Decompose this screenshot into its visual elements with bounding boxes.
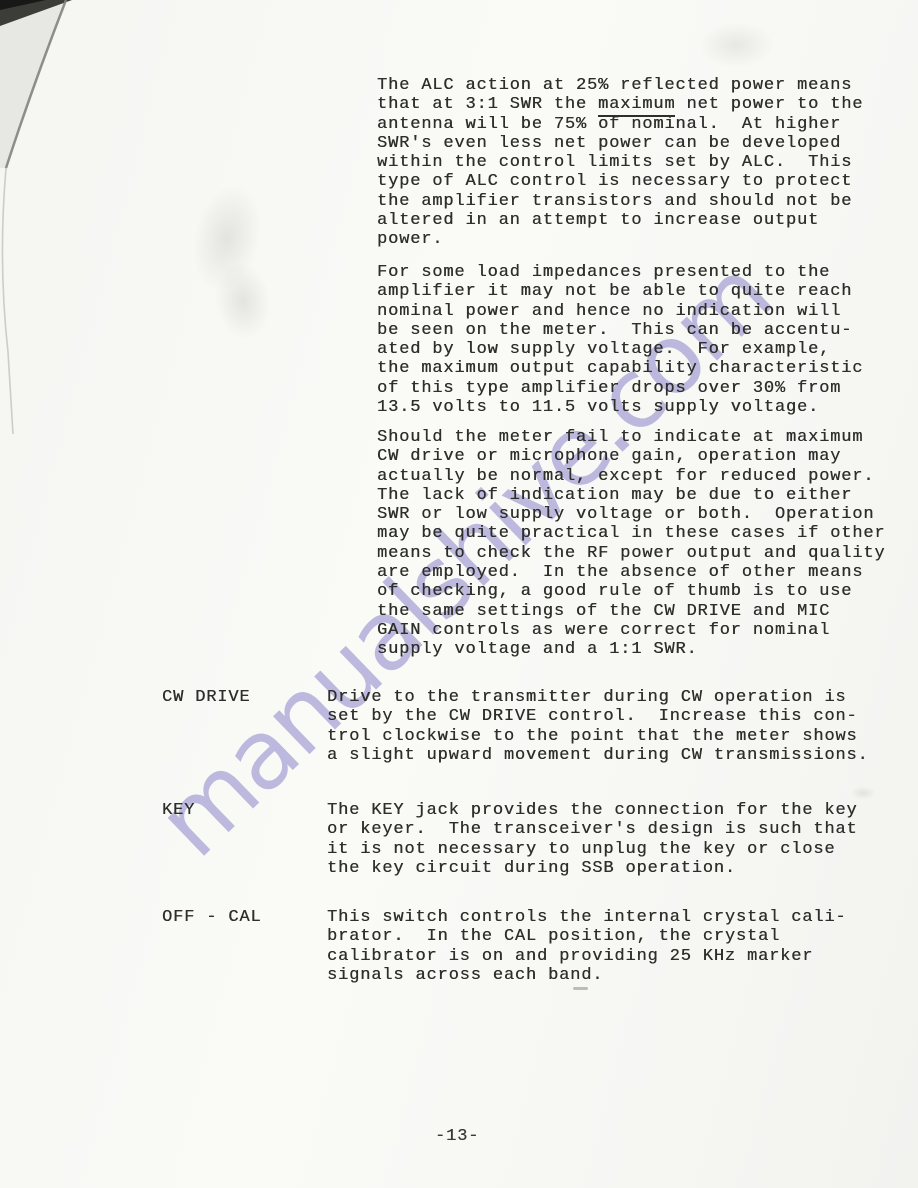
text-line: SWR or low supply voltage or both. Opera…	[377, 505, 885, 524]
underlined-text: maximum	[598, 95, 675, 117]
text-line: Should the meter fail to indicate at max…	[377, 428, 885, 447]
text-line: The KEY jack provides the connection for…	[327, 801, 857, 820]
text-line: within the control limits set by ALC. Th…	[377, 153, 863, 172]
text-line: ated by low supply voltage. For example,	[377, 340, 863, 359]
text-line: power.	[377, 230, 863, 249]
text-line: of this type amplifier drops over 30% fr…	[377, 379, 863, 398]
scanned-manual-page: manualshive.com The ALC action at 25% re…	[0, 0, 918, 1188]
text-line: the same settings of the CW DRIVE and MI…	[377, 602, 885, 621]
text-line: For some load impedances presented to th…	[377, 263, 863, 282]
text-line: amplifier it may not be able to quite re…	[377, 282, 863, 301]
text-line: CW drive or microphone gain, operation m…	[377, 447, 885, 466]
text-line: calibrator is on and providing 25 KHz ma…	[327, 947, 846, 966]
text-line: GAIN controls as were correct for nomina…	[377, 621, 885, 640]
text-line: the maximum output capability characteri…	[377, 359, 863, 378]
text-line: trol clockwise to the point that the met…	[327, 727, 869, 746]
text-line: it is not necessary to unplug the key or…	[327, 840, 857, 859]
scan-corner-artifact	[0, 0, 130, 470]
scan-smudge	[698, 22, 774, 68]
text-line: The lack of indication may be due to eit…	[377, 486, 885, 505]
section-label: CW DRIVE	[162, 688, 250, 707]
paragraph-alc-action: The ALC action at 25% reflected power me…	[377, 76, 863, 250]
text-line: are employed. In the absence of other me…	[377, 563, 885, 582]
text-line: that at 3:1 SWR the maximum net power to…	[377, 95, 863, 114]
text-line: 13.5 volts to 11.5 volts supply voltage.	[377, 398, 863, 417]
paragraph-meter-indication: Should the meter fail to indicate at max…	[377, 428, 885, 660]
text-line: a slight upward movement during CW trans…	[327, 746, 869, 765]
text-line: the amplifier transistors and should not…	[377, 192, 863, 211]
scan-smudge	[850, 786, 876, 800]
text-line: nominal power and hence no indication wi…	[377, 302, 863, 321]
page-number: -13-	[435, 1127, 479, 1146]
text-line: may be quite practical in these cases if…	[377, 524, 885, 543]
text-line: actually be normal, except for reduced p…	[377, 467, 885, 486]
text-line: set by the CW DRIVE control. Increase th…	[327, 707, 869, 726]
text-line: signals across each band.	[327, 966, 846, 985]
section-label: KEY	[162, 801, 195, 820]
text-line: brator. In the CAL position, the crystal	[327, 927, 846, 946]
text-line: means to check the RF power output and q…	[377, 544, 885, 563]
section-body: The KEY jack provides the connection for…	[327, 801, 857, 878]
text-line: The ALC action at 25% reflected power me…	[377, 76, 863, 95]
text-line: be seen on the meter. This can be accent…	[377, 321, 863, 340]
text-line: antenna will be 75% of nominal. At highe…	[377, 115, 863, 134]
text-line: the key circuit during SSB operation.	[327, 859, 857, 878]
section-body: This switch controls the internal crysta…	[327, 908, 846, 985]
text-line: type of ALC control is necessary to prot…	[377, 172, 863, 191]
text-line: SWR's even less net power can be develop…	[377, 134, 863, 153]
text-line: of checking, a good rule of thumb is to …	[377, 582, 885, 601]
paragraph-load-impedances: For some load impedances presented to th…	[377, 263, 863, 417]
text-line: This switch controls the internal crysta…	[327, 908, 846, 927]
text-line: supply voltage and a 1:1 SWR.	[377, 640, 885, 659]
text-line: or keyer. The transceiver's design is su…	[327, 820, 857, 839]
text-line: altered in an attempt to increase output	[377, 211, 863, 230]
scan-mark	[573, 987, 588, 990]
section-body: Drive to the transmitter during CW opera…	[327, 688, 869, 765]
section-label: OFF - CAL	[162, 908, 261, 927]
text-line: Drive to the transmitter during CW opera…	[327, 688, 869, 707]
